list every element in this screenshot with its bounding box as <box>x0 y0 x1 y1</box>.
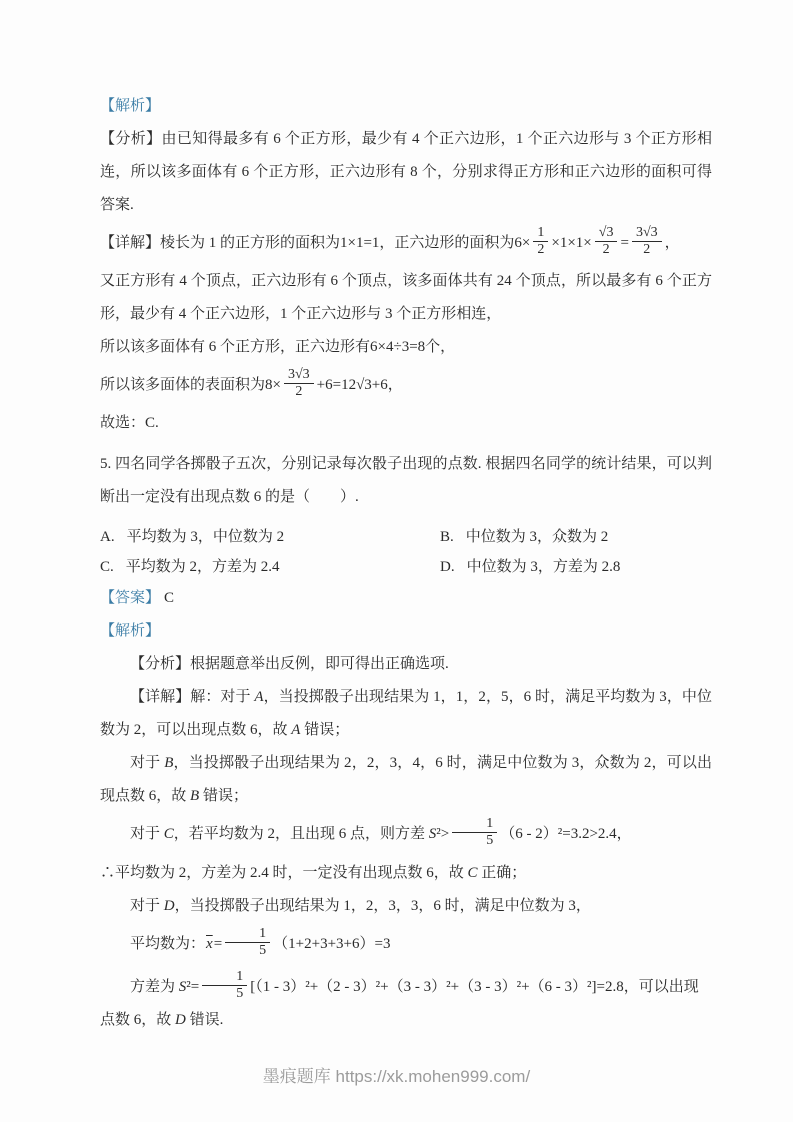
fraction-3sqrt3-over-2: 3√32 <box>284 367 314 400</box>
fraction-numerator: 1 <box>452 816 497 832</box>
q5-jiexi-label: 【解析】 <box>100 623 160 639</box>
option-c-label: C. <box>100 559 114 575</box>
document-page: 【解析】 【分析】由已知得最多有 6 个正方形，最少有 4 个正六边形，1 个正… <box>0 0 793 1122</box>
fraction-denominator: 2 <box>632 241 662 258</box>
fraction-one-half: 12 <box>533 225 548 258</box>
q5-case-c-text-1: 对于 C，若平均数为 2，且出现 6 点，则方差 S²> <box>130 826 449 842</box>
q5-mean-text-2: （1+2+3+3+6）=3 <box>273 936 390 952</box>
q5-answer-value: C <box>164 590 174 606</box>
q5-analysis-section: 【解析】 <box>100 615 712 648</box>
fraction-denominator: 2 <box>284 383 314 400</box>
option-c-text: 平均数为 2，方差为 2.4 <box>126 559 280 575</box>
q5-answer-line: 【答案】C <box>100 582 712 615</box>
fraction-one-fifth: 15 <box>202 969 247 1002</box>
q4-xiangjie-text-1: 【详解】棱长为 1 的正方形的面积为1×1=1，正六边形的面积为6× <box>100 235 530 251</box>
q4-surface-area-line: 所以该多面体的表面积为8×3√32+6=12√3+6， <box>100 364 712 407</box>
q5-fenxi-paragraph: 【分析】根据题意举出反例，即可得出正确选项. <box>100 648 712 681</box>
fraction-denominator: 2 <box>533 241 548 258</box>
q5-case-c-text-2: （6 - 2）²=3.2>2.4， <box>500 826 631 842</box>
fraction-one-fifth: 15 <box>225 926 270 959</box>
option-a: A.平均数为 3，中位数为 2 <box>100 522 440 552</box>
q5-case-d-paragraph: 对于 D，当投掷骰子出现结果为 1，2，3，3，6 时，满足中位数为 3， <box>100 890 712 923</box>
fraction-numerator: 1 <box>202 969 247 985</box>
fraction-denominator: 5 <box>202 985 247 1002</box>
q4-jiexi-label: 【解析】 <box>100 98 160 114</box>
q5-variance-text-1: 方差为 S²= <box>130 979 199 995</box>
q4-xiangjie-text-2: ×1×1× <box>551 235 591 251</box>
option-b: B.中位数为 3，众数为 2 <box>440 529 608 545</box>
option-a-text: 平均数为 3，中位数为 2 <box>127 529 285 545</box>
fraction-sqrt3-over-2: √32 <box>595 225 618 258</box>
q4-xiangjie-formula-line: 【详解】棱长为 1 的正方形的面积为1×1=1，正六边形的面积为6×12×1×1… <box>100 222 712 265</box>
fraction-numerator: 3√3 <box>632 225 662 241</box>
q5-variance-formula-line: 方差为 S²=15[（1 - 3）²+（2 - 3）²+（3 - 3）²+（3 … <box>100 966 712 1042</box>
option-d-label: D. <box>440 559 455 575</box>
fraction-numerator: 3√3 <box>284 367 314 383</box>
document-content: 【解析】 【分析】由已知得最多有 6 个正方形，最少有 4 个正六边形，1 个正… <box>100 90 712 1042</box>
fraction-denominator: 5 <box>225 942 270 959</box>
fraction-one-fifth: 15 <box>452 816 497 849</box>
option-d-text: 中位数为 3，方差为 2.8 <box>467 559 621 575</box>
q5-case-c-formula-line: 对于 C，若平均数为 2，且出现 6 点，则方差 S²>15（6 - 2）²=3… <box>100 813 712 856</box>
option-b-text: 中位数为 3，众数为 2 <box>466 529 609 545</box>
fraction-3sqrt3-over-2: 3√32 <box>632 225 662 258</box>
q4-surface-text-2: +6=12√3+6， <box>317 377 403 393</box>
q5-options-row-2: C.平均数为 2，方差为 2.4D.中位数为 3，方差为 2.8 <box>100 552 712 582</box>
q5-case-c-conclusion: ∴平均数为 2，方差为 2.4 时，一定没有出现点数 6，故 C 正确； <box>100 857 712 890</box>
q5-options-row-1: A.平均数为 3，中位数为 2B.中位数为 3，众数为 2 <box>100 522 712 552</box>
fraction-numerator: 1 <box>225 926 270 942</box>
q5-case-a-paragraph: 【详解】解：对于 A，当投掷骰子出现结果为 1，1，2，5，6 时，满足平均数为… <box>100 681 712 747</box>
q4-analysis-section: 【解析】 <box>100 90 712 123</box>
q4-fenxi-paragraph: 【分析】由已知得最多有 6 个正方形，最少有 4 个正六边形，1 个正六边形与 … <box>100 123 712 222</box>
fraction-denominator: 2 <box>595 241 618 258</box>
q4-count-paragraph: 所以该多面体有 6 个正方形，正六边形有6×4÷3=8个， <box>100 331 712 364</box>
fraction-numerator: 1 <box>533 225 548 241</box>
site-footer-link: 墨痕题库 https://xk.mohen999.com/ <box>0 1062 793 1087</box>
q5-question-stem: 5. 四名同学各掷骰子五次，分别记录每次骰子出现的点数. 根据四名同学的统计结果… <box>100 448 712 514</box>
fraction-numerator: √3 <box>595 225 618 241</box>
q5-answer-label: 【答案】 <box>100 590 160 606</box>
q4-vertex-paragraph: 又正方形有 4 个顶点，正六边形有 6 个顶点，该多面体共有 24 个顶点，所以… <box>100 265 712 331</box>
option-c: C.平均数为 2，方差为 2.4 <box>100 552 440 582</box>
q5-mean-text-1: 平均数为： <box>130 936 205 952</box>
option-d: D.中位数为 3，方差为 2.8 <box>440 559 620 575</box>
q5-case-b-paragraph: 对于 B，当投掷骰子出现结果为 2，2，3，4，6 时，满足中位数为 3，众数为… <box>100 747 712 813</box>
q5-mean-formula-line: 平均数为：x=15（1+2+3+3+6）=3 <box>100 923 712 966</box>
q4-surface-text-1: 所以该多面体的表面积为8× <box>100 377 281 393</box>
q4-xiangjie-text-4: ， <box>665 235 680 251</box>
fraction-denominator: 5 <box>452 832 497 849</box>
q4-xiangjie-text-3: = <box>620 235 628 251</box>
q5-mean-equals: = <box>214 936 222 952</box>
option-b-label: B. <box>440 529 454 545</box>
option-a-label: A. <box>100 529 115 545</box>
x-bar-symbol: x <box>205 936 214 952</box>
q4-conclusion-line: 故选：C. <box>100 407 712 440</box>
